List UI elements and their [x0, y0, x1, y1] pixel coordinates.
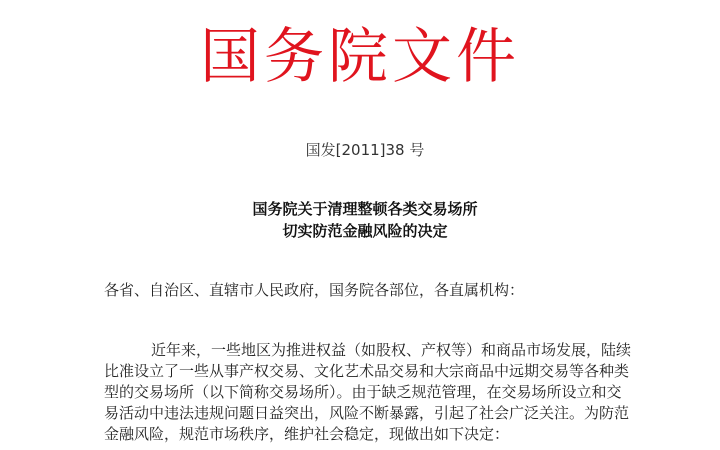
body-line: 比准设立了一些从事产权交易、文化艺术品交易和大宗商品中远期交易等各种类 — [104, 361, 638, 382]
body-line: 易活动中违法违规问题日益突出，风险不断暴露，引起了社会广泛关注。为防范 — [104, 403, 638, 424]
body-line: 型的交易场所（以下简称交易场所）。由于缺乏规范管理，在交易场所设立和交 — [104, 382, 638, 403]
document-number: 国发[2011]38 号 — [0, 140, 720, 160]
body-paragraph: 近年来，一些地区为推进权益（如股权、产权等）和商品市场发展，陆续 比准设立了一些… — [104, 340, 638, 445]
document-title: 国务院关于清理整顿各类交易场所 切实防范金融风险的决定 — [0, 198, 720, 242]
document-header-title: 国务院文件 — [0, 22, 720, 92]
addressee-line: 各省、自治区、直辖市人民政府，国务院各部位，各直属机构： — [104, 280, 524, 300]
body-line: 近年来，一些地区为推进权益（如股权、产权等）和商品市场发展，陆续 — [104, 340, 638, 361]
body-line: 金融风险，规范市场秩序，维护社会稳定，现做出如下决定： — [104, 424, 638, 445]
document-title-line: 国务院关于清理整顿各类交易场所 — [10, 198, 720, 220]
document-title-line: 切实防范金融风险的决定 — [10, 220, 720, 242]
